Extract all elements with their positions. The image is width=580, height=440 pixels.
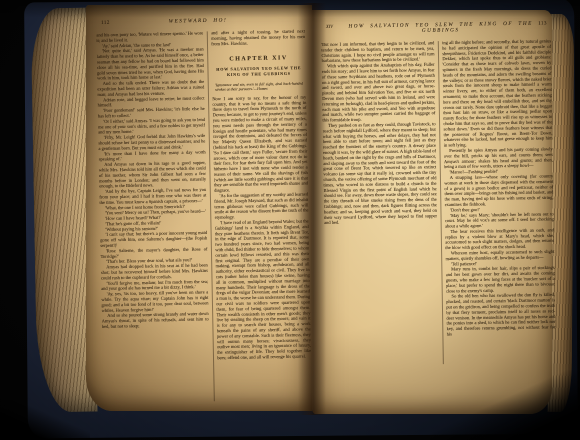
chapter-14-opening: Now I am sorry to say, for the honour of… <box>212 94 311 360</box>
left-page-header: 112 WESTWARD HO! <box>96 16 308 26</box>
chapter-heading: CHAPTER XIV <box>211 54 305 63</box>
right-page-columns: 'But now I am informed, that they begin … <box>321 38 557 366</box>
paragraph: 'But now I am informed, that they begin … <box>321 40 434 63</box>
right-page-header: XIV HOW SALVATION YEO SLEW THE KING OF T… <box>321 20 552 35</box>
chapter-13-closing: and after a night of tossing, he started… <box>211 28 305 46</box>
paragraph: 'As for the suggestion of my worthy and … <box>214 191 309 220</box>
paragraph: A strapping lass—whose only covering (fo… <box>444 173 553 207</box>
left-page: 112 WESTWARD HO! and his own pony too, '… <box>86 5 312 411</box>
paragraph: Now I am sorry to say, for the honour of… <box>212 94 308 193</box>
paragraph: 'Not quite that,' said Amyas. 'He was a … <box>97 47 205 81</box>
paragraph: 'May be,' says Mary; 'shouldn't her be l… <box>445 211 554 229</box>
right-page-print: XIV HOW SALVATION YEO SLEW THE KING OF T… <box>321 20 558 404</box>
right-page-column-1: 'But now I am informed, that they begin … <box>321 40 439 366</box>
chapter-marker: XIV <box>326 24 343 29</box>
paragraph: Whereon mine host, equally accustomed to… <box>445 249 554 262</box>
paragraph: Presently he spies Amyas and his party c… <box>444 146 553 169</box>
paragraph: 'I have read of an England beyond Wales;… <box>215 218 312 360</box>
paragraph: Mary runs in, combs her hair, slips a pa… <box>446 265 555 294</box>
running-head: HOW SALVATION YEO SLEW THE KING OF THE G… <box>343 21 538 35</box>
paragraph: With which quip against the Anabaptists … <box>322 62 436 123</box>
paragraph: The bear receives this intelligence with… <box>445 227 554 250</box>
left-page-column-2: and after a night of tossing, he started… <box>211 28 312 393</box>
paragraph: So the old hen who has swallowed the dun… <box>446 292 556 337</box>
page-number: 112 <box>101 20 110 26</box>
paragraph: ing all the night before; and secondly, … <box>442 38 553 148</box>
right-page-column-2: ing all the night before; and secondly, … <box>442 38 556 360</box>
chapter-epigraph: 'Ignorance and sin, even in full sight, … <box>215 81 303 92</box>
paragraph: They pushed on as fast as they could, th… <box>323 121 438 225</box>
paragraph: 'Ay, yes, 'tis too, too heavy, till you'… <box>101 290 208 314</box>
running-head: WESTWARD HO! <box>110 16 286 25</box>
paragraph: And so she poured some strong brandy and… <box>102 311 209 329</box>
left-page-columns: and his own pony too, 'Mutare vel timere… <box>96 28 315 403</box>
left-page-print: 112 WESTWARD HO! and his own pony too, '… <box>96 16 316 416</box>
left-page-column-1: and his own pony too, 'Mutare vel timere… <box>96 30 210 403</box>
paragraph: 'And by the bye, Captain Leigh, I've sad… <box>99 187 206 205</box>
right-page: XIV HOW SALVATION YEO SLEW THE KING OF T… <box>312 10 552 414</box>
page-number: 113 <box>538 20 547 26</box>
background-corner <box>0 400 90 440</box>
chapter-subtitle: HOW SALVATION YEO SLEW THE KING OF THE G… <box>212 65 306 78</box>
paragraph: And Amyas sat down in his rage to a good… <box>99 160 206 189</box>
background-corner <box>430 370 580 440</box>
photo-of-open-book: 112 WESTWARD HO! and his own pony too, '… <box>0 0 580 440</box>
gutter-shadow <box>298 3 326 415</box>
